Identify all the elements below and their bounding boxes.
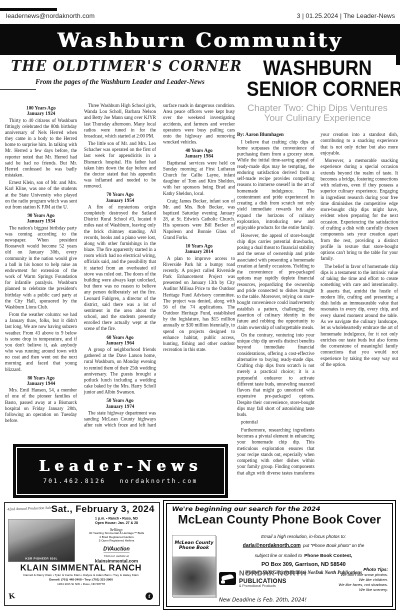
contest-name: Phone Book Contest,: [304, 553, 352, 559]
senior-title-line1: WASHBURN: [247, 58, 389, 79]
photo-tips-list: We don't like snow photos.We like childr…: [329, 573, 388, 593]
banner-contact: 701.462.8126 nordaknorth.com: [43, 478, 198, 485]
oldtimer-corner-section: THE OLDTIMER'S CORNER From the pages of …: [4, 58, 236, 86]
cow-photo: [173, 557, 216, 596]
badger-icon: [219, 572, 236, 585]
mail-line: subject line or mailed to Phone Book Con…: [219, 550, 388, 560]
article-paragraph: Three Washburn High School girls, Wanda …: [84, 103, 156, 140]
decorative-rule: [0, 89, 36, 90]
ranch-address: 1364 20th St NW • Ruso, ND 58778: [5, 583, 157, 587]
phone-book-image: McLean County Phone Book: [172, 535, 216, 597]
era-heading: 80 Years AgoJanuary 1944: [5, 375, 77, 386]
subject-instruction-b: subject line or mailed to: [255, 553, 302, 558]
article-paragraph: Moreover, a memorable snacking experienc…: [321, 158, 399, 262]
newspaper-page: leadernews@nordaknorth.com 3 | 01.25.202…: [0, 0, 400, 614]
subject-instruction-a: put “Phone Book photo” on the: [303, 543, 364, 548]
annual-sale-script: 42nd Annual Production Sale: [7, 505, 55, 511]
selling-list: 40 Yearling Simmental & Heritage™ Bulls4…: [78, 532, 155, 543]
oldtimer-article-columns: 100 Years AgoJanuary 1924Thirty to 40 ci…: [5, 103, 235, 433]
ranch-name: KLAIN SIMMENTAL RANCH: [5, 563, 157, 573]
era-heading: 10 Years AgoJanuary 2014: [163, 243, 235, 254]
banner-website: nordaknorth.com: [120, 478, 198, 485]
article-paragraph: The little son of Mr. and Mrs. Leo Schac…: [84, 141, 156, 190]
article-paragraph: A plan to improve access to Riverside Pa…: [163, 256, 235, 353]
contest-title: McLean County Phone Book Cover: [167, 513, 392, 527]
ranch-family: Darnell & Darcy Klain • Tyler & Carrie K…: [5, 574, 157, 578]
article-paragraph: A group of neighborhood friends gathered…: [84, 347, 156, 396]
sale-details: 1 p.m. • Ranch • Ruso, ND Open House: Ja…: [78, 517, 155, 564]
bull-photo: KSR PIONEER 810L: [8, 519, 75, 562]
community-masthead: Washburn Community: [0, 24, 400, 55]
banner-phone: 701.462.8126: [43, 478, 106, 485]
era-heading: 100 Years AgoJanuary 1924: [5, 106, 77, 117]
advertisements-row: 42nd Annual Production Sale Sat., Februa…: [0, 500, 400, 612]
phone-book-cover-ad: We're beginning our search for the 2024 …: [163, 500, 396, 610]
article-paragraph: The nation's biggest birthday party was …: [5, 225, 77, 310]
article-paragraph: On the contrary, venturing into your uni…: [237, 332, 315, 418]
senior-subtitle: Chapter Two: Chip Dips Ventures Your Cul…: [237, 104, 398, 125]
selling-item: 5 Open Registered Heifers: [78, 540, 155, 544]
senior-byline: By: Aaron Blumhagen: [237, 132, 315, 138]
cattle-brand-icon: K: [8, 592, 15, 602]
page-fold-mark: [0, 8, 57, 11]
era-heading: 50 Years AgoJanuary 1974: [84, 398, 156, 409]
page-number-date: 3 | 01.25.2024 | The Leader-News: [297, 13, 395, 20]
contact-email: leadernews@nordaknorth.com: [6, 13, 95, 20]
article-paragraph: Ernest Klein, son of Mr. and Mrs. Karl K…: [5, 180, 77, 210]
era-heading: 90 Years AgoJanuary 1934: [5, 213, 77, 224]
masthead-title: Washburn Community: [57, 28, 342, 52]
logo-publications: PUBLICATIONS: [239, 578, 307, 585]
contest-email: darla@nordaknorth.com: [243, 543, 301, 549]
era-heading: 40 Years AgoJanuary 1984: [163, 148, 235, 159]
dvauction-logo: DVAuction: [103, 546, 129, 553]
contest-intro-script: We're beginning our search for the 2024: [167, 504, 392, 513]
era-heading: 60 Years AgoJanuary 1964: [84, 335, 156, 346]
senior-title-line2: SENIOR CORNER: [247, 79, 389, 100]
oldtimer-title: THE OLDTIMER'S CORNER: [11, 58, 229, 75]
senior-corner-section: WASHBURN SENIOR CORNER Chapter Two: Chip…: [237, 58, 398, 125]
article-paragraph: I believe that crafting chip dips at hom…: [237, 139, 315, 231]
sale-date: Sat., February 3, 2024: [51, 504, 154, 515]
article-paragraph: potential: [237, 420, 315, 426]
klain-ranch-ad: 42nd Annual Production Sale Sat., Februa…: [4, 502, 160, 606]
senior-subtitle-line2: Your Culinary Experience: [237, 114, 398, 125]
photo-tip: We like scenery.: [329, 588, 388, 593]
article-paragraph: A fire of mysterious origin completely d…: [84, 204, 156, 332]
facebook-icon: f: [146, 593, 154, 601]
ranch-phones: Darnell: (701) 448-2408 • Trey: (701) 32…: [5, 579, 157, 583]
leader-news-banner-ad: Leader-News 701.462.8126 nordaknorth.com: [13, 444, 228, 498]
nordak-logo: NORDAK NORTH PUBLICATIONS & Promotional …: [219, 569, 307, 588]
article-paragraph: From the weather column: we had a Januar…: [5, 312, 77, 373]
banner-newspaper-name: Leader-News: [39, 457, 203, 475]
oldtimer-subtitle: From the pages of the Washburn Leader an…: [4, 78, 236, 86]
article-paragraph: Craig James Becker, infant son of Mr. an…: [163, 198, 235, 241]
logo-tagline: & Promotional Products: [239, 585, 307, 589]
page-header: leadernews@nordaknorth.com 3 | 01.25.202…: [6, 13, 395, 20]
article-paragraph: Mrs. Emil Hansen, 54, a member of one of…: [5, 388, 77, 425]
article-paragraph: The belief in favor of homemade chip dip…: [321, 264, 399, 368]
bull-photo-caption: KSR PIONEER 810L: [9, 558, 75, 561]
era-heading: 70 Years AgoJanuary 1954: [84, 192, 156, 203]
open-house: Open House: Jan. 27 & 28: [78, 521, 155, 525]
photo-tips: Photo Tips: We don't like snow photos.We…: [329, 567, 388, 593]
deadline-note: New Deadline is Feb. 20th, 2024!: [219, 597, 307, 603]
nordak-logo-text: NORDAK NORTH PUBLICATIONS & Promotional …: [239, 569, 307, 588]
phone-book-cover-title: McLean County Phone Book: [173, 536, 216, 557]
article-paragraph: Baptismal services were held on Sunday m…: [163, 160, 235, 197]
email-line: darla@nordaknorth.com put “Phone Book ph…: [219, 540, 388, 550]
article-paragraph: Thirty to 40 citizens of Washburn fittin…: [5, 118, 77, 179]
banner-inner-frame: Leader-News 701.462.8126 nordaknorth.com: [16, 447, 225, 495]
klain-ad-canvas: 42nd Annual Production Sale Sat., Februa…: [5, 503, 157, 603]
phone-book-ad-canvas: We're beginning our search for the 2024 …: [167, 504, 392, 606]
senior-article-columns: By: Aaron Blumhagen I believe that craft…: [237, 132, 398, 482]
article-paragraph: However, the appeal of store-bought chip…: [237, 233, 315, 331]
logo-name: NORDAK NORTH: [239, 569, 307, 578]
